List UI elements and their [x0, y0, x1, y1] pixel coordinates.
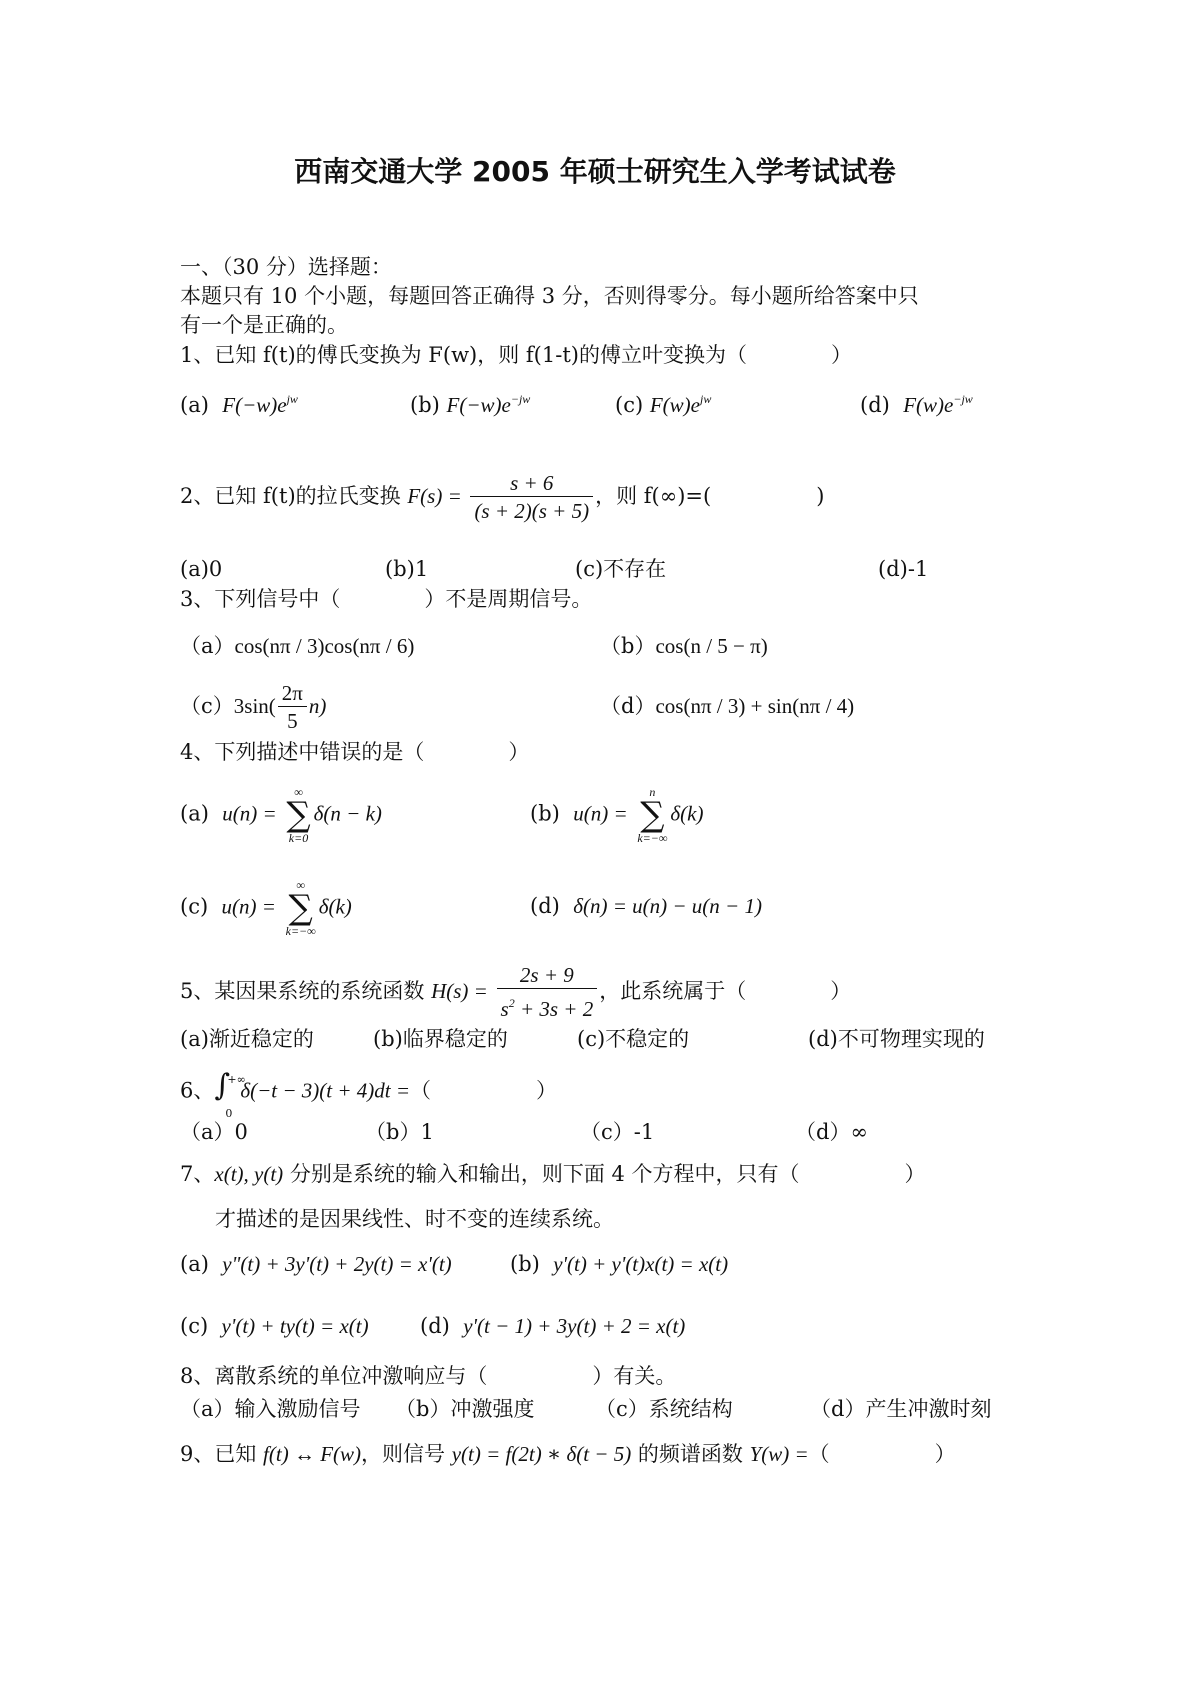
sum-body: δ(k) — [670, 802, 703, 826]
question-5-option-c: (c)不稳定的 — [577, 1025, 689, 1053]
sum-lower-limit: k=−∞ — [286, 924, 316, 938]
option-formula: F(w)e — [903, 393, 953, 417]
stem-text: 2、已知 f(t)的拉氏变换 — [180, 484, 401, 508]
section-instructions-1: 本题只有 10 个小题，每题回答正确得 3 分，否则得零分。每小题所给答案中只 — [180, 282, 919, 310]
question-5-stem: 5、某因果系统的系统函数 H(s) = 2s + 9 s2 + 3s + 2 ，… — [180, 962, 851, 1023]
denominator-base: s — [501, 997, 509, 1021]
option-label: (a) — [180, 557, 209, 581]
option-formula: n) — [309, 694, 327, 718]
question-8-stem: 8、离散系统的单位冲激响应与（ ）有关。 — [180, 1362, 676, 1390]
option-formula: y'(t) + ty(t) = x(t) — [222, 1314, 369, 1338]
question-1-option-b: (b) F(−w)e−jw — [410, 385, 530, 419]
option-label: (d) — [530, 894, 560, 918]
option-label: （d） — [600, 694, 655, 718]
question-6-option-a: （a）0 — [180, 1118, 248, 1146]
question-9-stem: 9、已知 f(t) ↔ F(w)，则信号 y(t) = f(2t) ∗ δ(t … — [180, 1440, 956, 1468]
question-8-option-a: （a）输入激励信号 — [180, 1395, 361, 1423]
question-2-option-a: (a)0 — [180, 555, 222, 583]
option-label: (b) — [373, 1027, 403, 1051]
question-4-option-d: (d) δ(n) = u(n) − u(n − 1) — [530, 892, 762, 920]
question-4-option-c: (c) u(n) = ∞∑k=−∞δ(k) — [180, 878, 352, 938]
option-formula: F(−w)e — [222, 393, 286, 417]
section-instructions-2: 有一个是正确的。 — [180, 311, 348, 339]
numerator: 2π — [278, 680, 307, 707]
formula-lhs: u(n) = — [222, 802, 276, 826]
stem-formula: Y(w) = — [750, 1442, 809, 1466]
question-1-stem: 1、已知 f(t)的傅氏变换为 F(w)，则 f(1-t)的傅立叶变换为（ ） — [180, 341, 852, 369]
numerator: 2s + 9 — [497, 962, 598, 989]
question-2-option-c: (c)不存在 — [575, 555, 666, 583]
stem-formula: x(t), y(t) — [214, 1162, 283, 1186]
stem-text: ，则 f(∞)=( ) — [595, 484, 824, 508]
summation: n∑k=−∞ — [637, 785, 667, 845]
option-label: (c) — [575, 557, 603, 581]
option-exponent: jw — [287, 392, 298, 406]
exam-title: 西南交通大学 2005 年硕士研究生入学考试试卷 — [0, 150, 1190, 190]
option-label: (d) — [808, 1027, 838, 1051]
option-text: 系统结构 — [649, 1397, 733, 1421]
question-2-option-b: (b)1 — [385, 555, 428, 583]
stem-text: 分别是系统的输入和输出，则下面 4 个方程中，只有（ ） — [283, 1162, 925, 1186]
option-text: 产生冲激时刻 — [865, 1397, 991, 1421]
question-7-stem: 7、x(t), y(t) 分别是系统的输入和输出，则下面 4 个方程中，只有（ … — [180, 1160, 926, 1188]
question-8-option-d: （d）产生冲激时刻 — [810, 1395, 991, 1423]
question-3-option-a: （a）cos(nπ / 3)cos(nπ / 6) — [180, 632, 414, 660]
fraction: s + 6 (s + 2)(s + 5) — [470, 470, 593, 525]
denominator: (s + 2)(s + 5) — [470, 497, 593, 525]
sigma-icon: ∑ — [286, 892, 316, 924]
option-label: （c） — [580, 1120, 634, 1144]
option-label: (d) — [878, 557, 908, 581]
exam-page: 西南交通大学 2005 年硕士研究生入学考试试卷 一、（30 分）选择题： 本题… — [0, 0, 1190, 1683]
question-3-option-c: （c）3sin(2π5n) — [180, 680, 326, 735]
question-2-stem: 2、已知 f(t)的拉氏变换 F(s) = s + 6 (s + 2)(s + … — [180, 470, 824, 525]
question-6-stem: 6、∫+∞0δ(−t − 3)(t + 4)dt =（ ） — [180, 1070, 557, 1114]
question-3-option-d: （d）cos(nπ / 3) + sin(nπ / 4) — [600, 692, 854, 720]
option-text: 冲激强度 — [450, 1397, 534, 1421]
formula-lhs: u(n) = — [573, 802, 627, 826]
question-3-stem: 3、下列信号中（ ）不是周期信号。 — [180, 585, 592, 613]
stem-text: 的频谱函数 — [631, 1442, 749, 1466]
option-text: 临界稳定的 — [403, 1027, 508, 1051]
sum-body: δ(k) — [319, 895, 352, 919]
option-text: 不存在 — [603, 557, 666, 581]
stem-text: （ ） — [809, 1442, 956, 1466]
question-2-option-d: (d)-1 — [878, 555, 928, 583]
option-formula: F(−w)e — [447, 393, 511, 417]
option-formula: cos(nπ / 3) + sin(nπ / 4) — [655, 694, 854, 718]
option-label: (c) — [180, 895, 208, 919]
summation: ∞∑k=0 — [286, 785, 310, 845]
option-label: (a) — [180, 393, 209, 417]
sum-body: δ(n − k) — [314, 802, 382, 826]
option-label: （d） — [810, 1397, 865, 1421]
numerator: s + 6 — [470, 470, 593, 497]
option-text: ∞ — [850, 1120, 868, 1144]
question-1-option-c: (c) F(w)ejw — [615, 385, 711, 419]
stem-formula: y(t) = f(2t) ∗ δ(t − 5) — [452, 1442, 632, 1466]
integral: ∫+∞0 — [214, 1070, 240, 1114]
formula-lhs: F(s) = — [407, 484, 461, 508]
integral-upper-limit: +∞ — [227, 1066, 245, 1094]
option-label: （d） — [795, 1120, 850, 1144]
option-formula: cos(nπ / 3)cos(nπ / 6) — [235, 634, 415, 658]
option-label: (d) — [860, 393, 890, 417]
option-label: (c) — [180, 1314, 208, 1338]
question-8-option-b: （b）冲激强度 — [395, 1395, 534, 1423]
option-text: 0 — [209, 557, 222, 581]
question-4-option-b: (b) u(n) = n∑k=−∞δ(k) — [530, 785, 703, 845]
stem-formula: f(t) ↔ F(w) — [263, 1442, 361, 1466]
option-formula: F(w)e — [650, 393, 700, 417]
option-label: （a） — [180, 634, 235, 658]
question-4-stem: 4、下列描述中错误的是（ ） — [180, 738, 529, 766]
option-formula: 3sin( — [234, 694, 276, 718]
option-label: (b) — [530, 802, 560, 826]
option-label: (b) — [385, 557, 415, 581]
option-label: （c） — [180, 694, 234, 718]
option-text: 1 — [420, 1120, 433, 1144]
integrand: δ(−t − 3)(t + 4)dt = — [240, 1079, 410, 1103]
question-1-option-d: (d) F(w)e−jw — [860, 385, 973, 419]
sigma-icon: ∑ — [286, 799, 310, 831]
question-7-stem-line2: 才描述的是因果线性、时不变的连续系统。 — [215, 1205, 614, 1233]
stem-text: ，则信号 — [361, 1442, 452, 1466]
question-7-option-a: (a) y"(t) + 3y'(t) + 2y(t) = x'(t) — [180, 1250, 452, 1278]
option-text: 0 — [235, 1120, 248, 1144]
option-label: (a) — [180, 1252, 209, 1276]
question-3-option-b: （b）cos(n / 5 − π) — [600, 632, 768, 660]
question-5-option-a: (a)渐近稳定的 — [180, 1025, 314, 1053]
option-text: 1 — [415, 557, 428, 581]
denominator-rest: + 3s + 2 — [515, 997, 594, 1021]
option-exponent: −jw — [953, 392, 972, 406]
summation: ∞∑k=−∞ — [286, 878, 316, 938]
sum-lower-limit: k=−∞ — [637, 831, 667, 845]
section-heading: 一、（30 分）选择题： — [180, 253, 392, 281]
option-label: （c） — [595, 1397, 649, 1421]
option-text: 渐近稳定的 — [209, 1027, 314, 1051]
option-exponent: −jw — [511, 392, 530, 406]
option-label: (b) — [410, 393, 440, 417]
option-formula: y"(t) + 3y'(t) + 2y(t) = x'(t) — [222, 1252, 451, 1276]
option-label: (a) — [180, 802, 209, 826]
question-6-option-d: （d）∞ — [795, 1118, 868, 1146]
option-text: -1 — [908, 557, 928, 581]
question-6-option-b: （b）1 — [365, 1118, 434, 1146]
question-1-option-a: (a) F(−w)ejw — [180, 385, 298, 419]
option-formula: y'(t − 1) + 3y(t) + 2 = x(t) — [463, 1314, 685, 1338]
option-formula: cos(n / 5 − π) — [655, 634, 767, 658]
option-label: (c) — [615, 393, 643, 417]
option-label: （b） — [395, 1397, 450, 1421]
question-7-option-d: (d) y'(t − 1) + 3y(t) + 2 = x(t) — [420, 1312, 685, 1340]
option-text: -1 — [634, 1120, 654, 1144]
question-6-option-c: （c）-1 — [580, 1118, 654, 1146]
formula-lhs: u(n) = — [222, 895, 276, 919]
option-label: （b） — [365, 1120, 420, 1144]
denominator: 5 — [278, 707, 307, 735]
option-formula: δ(n) = u(n) − u(n − 1) — [573, 894, 762, 918]
question-5-option-d: (d)不可物理实现的 — [808, 1025, 985, 1053]
fraction: 2π5 — [278, 680, 307, 735]
stem-text: ，此系统属于（ ） — [599, 979, 851, 1003]
option-label: (b) — [510, 1252, 540, 1276]
fraction: 2s + 9 s2 + 3s + 2 — [497, 962, 598, 1023]
option-text: 不可物理实现的 — [838, 1027, 985, 1051]
stem-text: 6、 — [180, 1079, 214, 1103]
option-label: （a） — [180, 1397, 235, 1421]
stem-text: 9、已知 — [180, 1442, 263, 1466]
stem-text: 7、 — [180, 1162, 214, 1186]
option-formula: y'(t) + y'(t)x(t) = x(t) — [553, 1252, 728, 1276]
option-label: (d) — [420, 1314, 450, 1338]
question-5-option-b: (b)临界稳定的 — [373, 1025, 508, 1053]
question-4-option-a: (a) u(n) = ∞∑k=0δ(n − k) — [180, 785, 382, 845]
option-label: (c) — [577, 1027, 605, 1051]
question-8-option-c: （c）系统结构 — [595, 1395, 733, 1423]
formula-lhs: H(s) = — [431, 979, 488, 1003]
option-exponent: jw — [700, 392, 711, 406]
option-text: 不稳定的 — [605, 1027, 689, 1051]
denominator: s2 + 3s + 2 — [497, 989, 598, 1023]
sigma-icon: ∑ — [637, 799, 667, 831]
option-text: 输入激励信号 — [235, 1397, 361, 1421]
sum-lower-limit: k=0 — [286, 831, 310, 845]
question-7-option-c: (c) y'(t) + ty(t) = x(t) — [180, 1312, 369, 1340]
option-label: (a) — [180, 1027, 209, 1051]
stem-text: （ ） — [410, 1079, 557, 1103]
option-label: （a） — [180, 1120, 235, 1144]
option-label: （b） — [600, 634, 655, 658]
question-7-option-b: (b) y'(t) + y'(t)x(t) = x(t) — [510, 1250, 728, 1278]
stem-text: 5、某因果系统的系统函数 — [180, 979, 424, 1003]
